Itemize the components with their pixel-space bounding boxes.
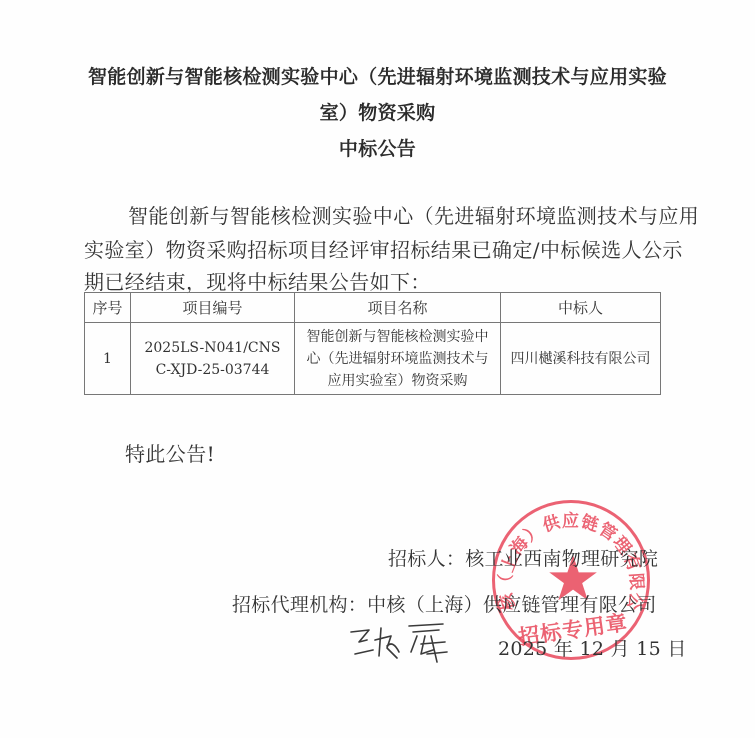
body-line-2: 实验室）物资采购招标项目经评审招标结果已确定/中标候选人公示 xyxy=(84,234,683,263)
header-project-code: 项目编号 xyxy=(131,293,295,323)
project-code-text: 2025LS-N041/CNSC-XJD-25-03744 xyxy=(144,340,280,378)
handwritten-signature-icon xyxy=(347,618,457,668)
closing-text: 特此公告! xyxy=(125,438,215,467)
table-header-row: 序号 项目编号 项目名称 中标人 xyxy=(85,293,661,323)
date-line: 2025 年 12 月 15 日 xyxy=(498,634,687,661)
tenderer-line: 招标人：核工业西南物理研究院 xyxy=(388,544,658,571)
cell-project-name: 智能创新与智能核检测实验中心（先进辐射环境监测技术与应用实验室）物资采购 xyxy=(295,323,501,395)
body-line-3: 期已经结束，现将中标结果公告如下： xyxy=(84,266,431,295)
header-winner: 中标人 xyxy=(501,293,661,323)
agency-line: 招标代理机构：中核（上海）供应链管理有限公司 xyxy=(232,590,657,617)
header-project-name: 项目名称 xyxy=(295,293,501,323)
cell-index: 1 xyxy=(85,323,131,395)
header-index: 序号 xyxy=(85,293,131,323)
title-line-2: 室）物资采购 xyxy=(0,98,755,125)
title-line-1: 智能创新与智能核检测实验中心（先进辐射环境监测技术与应用实验 xyxy=(0,62,755,89)
result-table: 序号 项目编号 项目名称 中标人 1 2025LS-N041/CNSC-XJD-… xyxy=(84,292,661,395)
title-line-3: 中标公告 xyxy=(0,134,755,161)
body-line-1: 智能创新与智能核检测实验中心（先进辐射环境监测技术与应用 xyxy=(128,200,699,229)
cell-project-code: 2025LS-N041/CNSC-XJD-25-03744 xyxy=(131,323,295,395)
cell-winner: 四川樾溪科技有限公司 xyxy=(501,323,661,395)
project-name-text: 智能创新与智能核检测实验中心（先进辐射环境监测技术与应用实验室）物资采购 xyxy=(307,329,489,389)
table-row: 1 2025LS-N041/CNSC-XJD-25-03744 智能创新与智能核… xyxy=(85,323,661,395)
